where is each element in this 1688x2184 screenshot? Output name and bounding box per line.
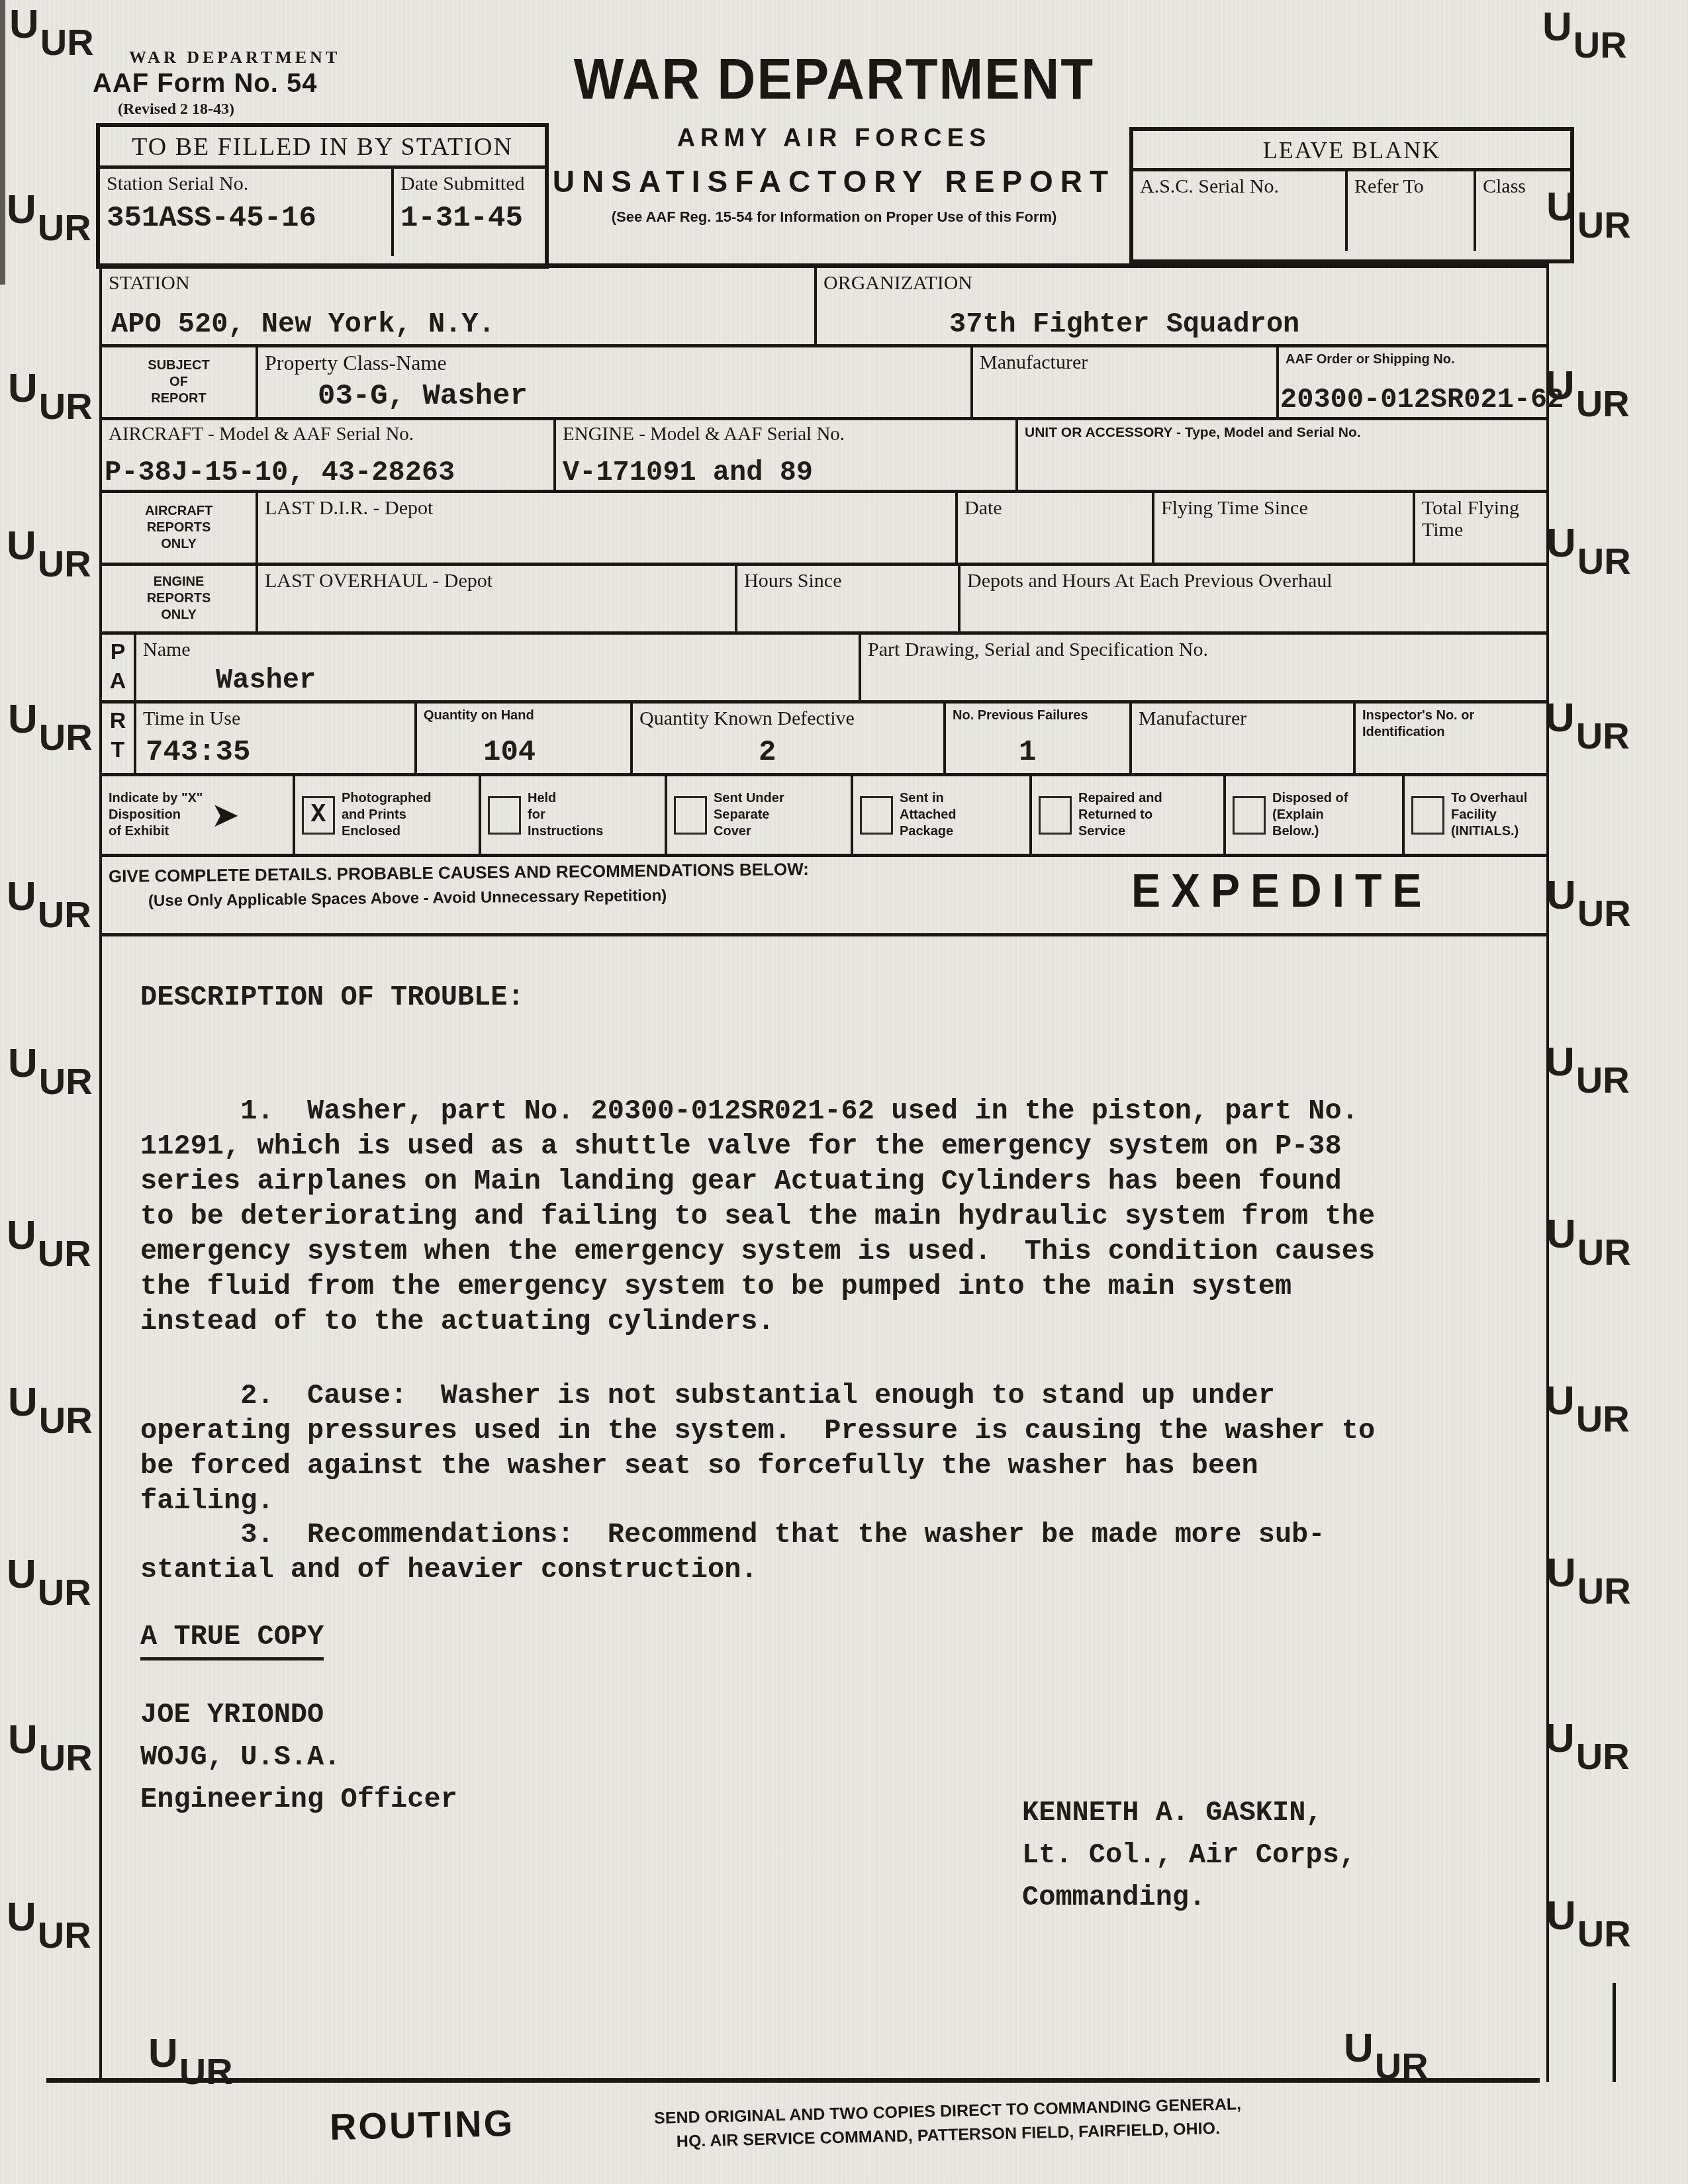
checkbox-photographed[interactable]: X [302,796,335,835]
description-heading: DESCRIPTION OF TROUBLE: [140,980,524,1015]
ur-stamp: UUR [7,1897,91,1938]
manufacturer2-label: Manufacturer [1139,707,1346,729]
routing-title: ROUTING [329,2101,515,2148]
disposition-option-cell: To Overhaul Facility (INITIALS.) [1405,776,1546,854]
ur-stamp: UUR [8,1043,93,1084]
qty-defective-label: Quantity Known Defective [639,707,937,729]
paragraph-3: 3. Recommendations: Recommend that the w… [140,1518,1325,1588]
organization-label: ORGANIZATION [823,272,1540,294]
disposition-option-cell: Sent Under Separate Cover [667,776,853,854]
checkbox-label: Held for Instructions [528,790,603,840]
ur-stamp: UUR [1545,1381,1630,1422]
station-value: APO 520, New York, N.Y. [111,308,495,340]
property-class-value: 03-G, Washer [318,380,528,413]
checkbox-mark [862,798,891,833]
row-station-organization: STATION APO 520, New York, N.Y. ORGANIZA… [102,268,1546,347]
dir-date-label: Date [964,497,1145,519]
engine-cell: ENGINE - Model & AAF Serial No. V-171091… [556,420,1018,490]
report-title: UNSATISFACTORY REPORT [549,163,1119,199]
refer-to-label: Refer To [1354,175,1467,198]
checkbox-disposed[interactable] [1233,796,1266,835]
ur-stamp: UUR [1546,1214,1631,1255]
leave-blank-box: LEAVE BLANK A.S.C. Serial No. Refer To C… [1129,127,1574,263]
disposition-option-cell: Held for Instructions [481,776,667,854]
ur-stamp: UUR [1542,7,1627,48]
qty-on-hand-label: Quantity on Hand [424,707,624,724]
checkbox-mark [676,798,705,833]
property-class-label: Property Class-Name [265,351,964,375]
part-letters-rt-cell: R T [102,704,136,773]
row-part-name: P A Name Washer Part Drawing, Serial and… [102,635,1546,704]
unit-accessory-label: UNIT OR ACCESSORY - Type, Model and Seri… [1025,424,1540,441]
page-title: WAR DEPARTMENT [549,46,1119,112]
last-overhaul-label: LAST OVERHAUL - Depot [265,570,728,592]
unit-accessory-cell: UNIT OR ACCESSORY - Type, Model and Seri… [1018,420,1546,490]
no-prev-failures-cell: No. Previous Failures 1 [946,704,1132,773]
last-dir-cell: LAST D.I.R. - Depot [258,493,958,563]
manufacturer-label: Manufacturer [980,351,1270,373]
ur-stamp: UUR [7,525,91,567]
part-letters-pa-cell: P A [102,635,136,700]
engine-reports-only-cell: ENGINE REPORTS ONLY [102,566,258,631]
part-drawing-label: Part Drawing, Serial and Specification N… [868,639,1540,660]
row-subject: SUBJECT OF REPORT Property Class-Name 03… [102,347,1546,420]
row-disposition: Indicate by "X" Disposition of Exhibit ➤… [102,776,1546,857]
checkbox-label: Repaired and Returned to Service [1078,790,1162,840]
checkbox-mark [1413,798,1442,833]
ur-stamp: UUR [8,1719,93,1760]
disposition-option-cell: Disposed of (Explain Below.) [1226,776,1405,854]
class-cell: Class [1476,171,1570,251]
true-copy-line: A TRUE COPY [140,1619,324,1661]
ur-stamp: UUR [8,368,93,409]
ur-stamp: UUR [8,699,93,740]
scan-edge-artifact [0,0,5,285]
ur-stamp: UUR [1546,875,1631,916]
checkbox-held[interactable] [488,796,521,835]
right-arrow-icon: ➤ [211,798,240,833]
qty-on-hand-value: 104 [483,736,536,769]
army-air-forces-title: ARMY AIR FORCES [549,124,1119,153]
checkbox-mark [490,798,519,833]
inspector-label: Inspector's No. or Identification [1362,707,1540,741]
aircraft-reports-only-cell: AIRCRAFT REPORTS ONLY [102,493,258,563]
form-revision: (Revised 2 18-43) [118,101,234,118]
ur-stamp: UUR [1545,1042,1630,1083]
inspector-cell: Inspector's No. or Identification [1356,704,1546,773]
total-flying-time-label: Total Flying Time [1422,497,1540,541]
row-part-stats: R T Time in Use 743:35 Quantity on Hand … [102,704,1546,776]
date-submitted-label: Date Submitted [400,173,538,195]
aaf-order-value: 20300-012SR021-62 [1280,384,1564,416]
aaf-order-label: AAF Order or Shipping No. [1286,351,1540,368]
class-label: Class [1483,175,1564,198]
paragraph-2: 2. Cause: Washer is not substantial enou… [140,1379,1375,1519]
report-body: DESCRIPTION OF TROUBLE: 1. Washer, part … [102,936,1546,2087]
flying-time-since-label: Flying Time Since [1161,497,1406,519]
subject-of-report-label: SUBJECT OF REPORT [109,351,249,413]
ur-stamp: UUR [1546,523,1631,564]
leave-blank-title: LEAVE BLANK [1133,131,1570,171]
flying-time-since-cell: Flying Time Since [1154,493,1415,563]
form-number: AAF Form No. 54 [93,69,317,99]
last-dir-label: LAST D.I.R. - Depot [265,497,949,519]
checkbox-mark: X [304,798,333,833]
row-aircraft-engine: AIRCRAFT - Model & AAF Serial No. P-38J-… [102,420,1546,493]
qty-defective-cell: Quantity Known Defective 2 [633,704,946,773]
part-drawing-cell: Part Drawing, Serial and Specification N… [861,635,1546,700]
ur-stamp: UUR [7,189,91,230]
ur-stamp: UUR [1546,1553,1631,1594]
ur-stamp: UUR [7,1215,91,1256]
manufacturer-cell: Manufacturer [973,347,1279,417]
part-name-cell: Name Washer [136,635,861,700]
scanned-form-page: UUR UUR UUR UUR UUR UUR UUR UUR UUR UUR … [0,0,1688,2184]
checkbox-label: Photographed and Prints Enclosed [342,790,432,840]
bottom-right-rule [1613,1983,1616,2082]
signature-right: KENNETH A. GASKIN, Lt. Col., Air Corps, … [1022,1792,1356,1919]
depots-previous-cell: Depots and Hours At Each Previous Overha… [961,566,1546,631]
engine-value: V-171091 and 89 [563,457,813,488]
ur-stamp: UUR [7,876,91,917]
disposition-option-cell: Repaired and Returned to Service [1032,776,1226,854]
checkbox-mark [1041,798,1070,833]
time-in-use-cell: Time in Use 743:35 [136,704,417,773]
station-cell: STATION APO 520, New York, N.Y. [102,268,817,344]
details-header-cell: GIVE COMPLETE DETAILS. PROBABLE CAUSES A… [102,857,1546,933]
disposition-option-cell: Sent in Attached Package [853,776,1032,854]
checkbox-repaired[interactable] [1039,796,1072,835]
station-serial-label: Station Serial No. [107,173,385,195]
checkbox-overhaul-facility[interactable] [1411,796,1444,835]
aircraft-label: AIRCRAFT - Model & AAF Serial No. [109,424,547,445]
property-class-cell: Property Class-Name 03-G, Washer [258,347,973,417]
disposition-label: Indicate by "X" Disposition of Exhibit [109,790,203,840]
ur-stamp: UUR [7,1554,91,1595]
station-box-title: TO BE FILLED IN BY STATION [100,127,545,169]
station-serial-cell: Station Serial No. 351ASS-45-16 [100,169,394,256]
organization-value: 37th Fighter Squadron [949,308,1299,340]
paragraph-1: 1. Washer, part No. 20300-012SR021-62 us… [140,1094,1375,1340]
dir-date-cell: Date [958,493,1154,563]
ur-stamp: UUR [9,4,94,45]
part-name-label: Name [143,639,852,660]
date-submitted-value: 1-31-45 [400,202,538,235]
hours-since-cell: Hours Since [737,566,961,631]
aircraft-cell: AIRCRAFT - Model & AAF Serial No. P-38J-… [102,420,556,490]
engine-label: ENGINE - Model & AAF Serial No. [563,424,1009,445]
station-fill-box: TO BE FILLED IN BY STATION Station Seria… [96,123,549,269]
subject-of-report-cell: SUBJECT OF REPORT [102,347,258,417]
part-name-value: Washer [216,664,316,696]
expedite-stamp: EXPEDITE [1131,863,1432,917]
asc-serial-label: A.S.C. Serial No. [1140,175,1338,198]
checkbox-separate-cover[interactable] [674,796,707,835]
bottom-rule [46,2078,1540,2083]
ur-stamp: UUR [8,1382,93,1423]
total-flying-time-cell: Total Flying Time [1415,493,1546,563]
row-details-header: GIVE COMPLETE DETAILS. PROBABLE CAUSES A… [102,857,1546,936]
hours-since-label: Hours Since [744,570,951,592]
asc-serial-cell: A.S.C. Serial No. [1133,171,1348,251]
signature-left: JOE YRIONDO WOJG, U.S.A. Engineering Off… [140,1694,457,1821]
checkbox-attached-package[interactable] [860,796,893,835]
aircraft-reports-only-label: AIRCRAFT REPORTS ONLY [109,497,249,559]
checkbox-label: To Overhaul Facility (INITIALS.) [1451,790,1527,840]
part-letters-rt: R T [103,706,132,764]
depots-previous-label: Depots and Hours At Each Previous Overha… [967,570,1540,592]
checkbox-mark [1235,798,1264,833]
row-engine-reports: ENGINE REPORTS ONLY LAST OVERHAUL - Depo… [102,566,1546,635]
reg-note: (See AAF Reg. 15-54 for Information on P… [549,208,1119,226]
no-prev-failures-label: No. Previous Failures [953,707,1123,724]
part-letters-pa: P A [103,637,132,696]
time-in-use-label: Time in Use [143,707,408,729]
ur-stamp: UUR [1546,1895,1631,1936]
checkbox-label: Disposed of (Explain Below.) [1272,790,1348,840]
refer-to-cell: Refer To [1348,171,1476,251]
ur-stamp: UUR [1545,1718,1630,1759]
main-form-grid: STATION APO 520, New York, N.Y. ORGANIZA… [99,263,1549,2082]
station-label: STATION [109,272,808,294]
qty-on-hand-cell: Quantity on Hand 104 [417,704,633,773]
engine-reports-only-label: ENGINE REPORTS ONLY [109,570,249,627]
ur-stamp: UUR [1545,698,1630,739]
disposition-label-cell: Indicate by "X" Disposition of Exhibit ➤ [102,776,295,854]
routing-note: SEND ORIGINAL AND TWO COPIES DIRECT TO C… [563,2090,1332,2156]
organization-cell: ORGANIZATION 37th Fighter Squadron [817,268,1546,344]
qty-defective-value: 2 [759,736,776,769]
no-prev-failures-value: 1 [1019,736,1036,769]
aircraft-value: P-38J-15-10, 43-28263 [105,457,455,488]
aaf-order-cell: AAF Order or Shipping No. 20300-012SR021… [1279,347,1546,417]
date-submitted-cell: Date Submitted 1-31-45 [394,169,545,256]
station-serial-value: 351ASS-45-16 [107,202,385,235]
disposition-option-cell: X Photographed and Prints Enclosed [295,776,481,854]
time-in-use-value: 743:35 [146,736,250,769]
last-overhaul-cell: LAST OVERHAUL - Depot [258,566,737,631]
checkbox-label: Sent Under Separate Cover [714,790,784,840]
dept-small-title: WAR DEPARTMENT [129,48,340,68]
manufacturer2-cell: Manufacturer [1132,704,1356,773]
row-aircraft-reports: AIRCRAFT REPORTS ONLY LAST D.I.R. - Depo… [102,493,1546,566]
checkbox-label: Sent in Attached Package [900,790,957,840]
